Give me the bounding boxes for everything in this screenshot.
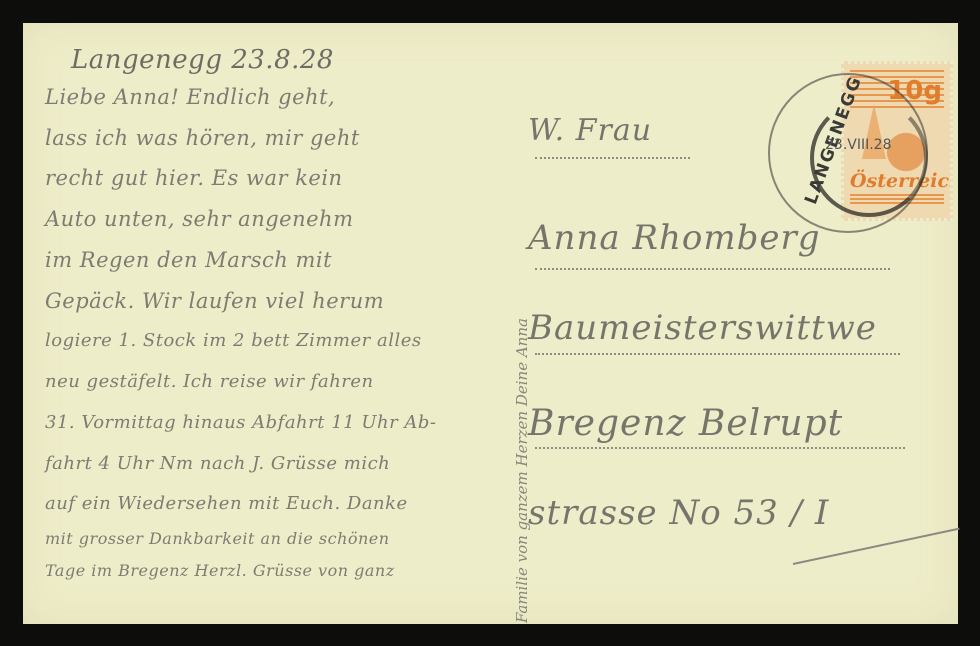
address-line-3	[535, 353, 900, 355]
message-line: Tage im Bregenz Herzl. Grüsse von ganz	[45, 561, 395, 580]
address-street: strasse No 53 / I	[528, 493, 829, 533]
margin-note: Familie von ganzem Herzen Deine Anna	[513, 318, 531, 623]
address-underline-stroke	[793, 528, 960, 565]
message-line: mit grosser Dankbarkeit an die schönen	[45, 529, 390, 548]
address-line-1	[535, 157, 690, 159]
place-date: Langenegg 23.8.28	[71, 45, 334, 75]
address-line-4	[535, 447, 905, 449]
message-line: Auto unten, sehr angenehm	[45, 207, 354, 231]
message-line: im Regen den Marsch mit	[45, 248, 332, 272]
message-line: lass ich was hören, mir geht	[45, 126, 360, 150]
message-line: fahrt 4 Uhr Nm nach J. Grüsse mich	[45, 453, 390, 474]
address-city: Bregenz Belrupt	[528, 403, 843, 444]
message-line: neu gestäfelt. Ich reise wir fahren	[45, 371, 374, 392]
address-salutation: W. Frau	[528, 113, 652, 148]
message-line: Liebe Anna! Endlich geht,	[45, 85, 335, 109]
message-line: 31. Vormittag hinaus Abfahrt 11 Uhr Ab-	[45, 412, 437, 433]
address-title: Baumeisterswittwe	[528, 308, 877, 348]
address-name: Anna Rhomberg	[528, 218, 821, 258]
message-line: logiere 1. Stock im 2 bett Zimmer alles	[45, 330, 422, 351]
postcard: Langenegg 23.8.28 Liebe Anna! Endlich ge…	[23, 23, 958, 624]
address-line-2	[535, 268, 890, 270]
postmark: LANGENEGG 23.VIII.28	[768, 73, 928, 233]
message-line: auf ein Wiedersehen mit Euch. Danke	[45, 493, 408, 514]
message-line: recht gut hier. Es war kein	[45, 166, 343, 190]
postmark-date: 23.VIII.28	[825, 137, 892, 153]
message-line: Gepäck. Wir laufen viel herum	[45, 289, 384, 313]
